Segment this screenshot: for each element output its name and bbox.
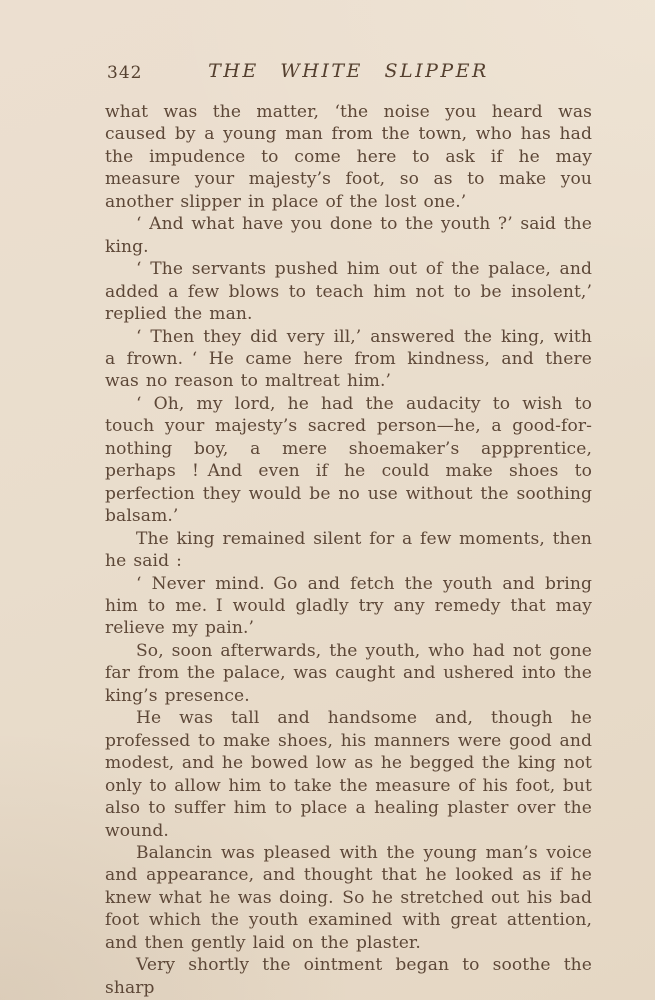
page-body: what was the matter, ‘the noise you hear…	[105, 101, 592, 999]
page-number: 342	[107, 63, 142, 83]
paragraph: ‘ Never mind. Go and fetch the youth and…	[105, 573, 592, 640]
paragraph: what was the matter, ‘the noise you hear…	[105, 101, 592, 213]
paragraph: The king remained silent for a few momen…	[105, 528, 592, 573]
paragraph: Very shortly the ointment began to sooth…	[105, 954, 592, 999]
paragraph: ‘ Then they did very ill,’ answered the …	[105, 326, 592, 393]
paragraph: ‘ Oh, my lord, he had the audacity to wi…	[105, 393, 592, 528]
running-title: THE WHITE SLIPPER	[105, 60, 592, 82]
paragraph: He was tall and handsome and, though he …	[105, 707, 592, 842]
paragraph: ‘ And what have you done to the youth ?’…	[105, 213, 592, 258]
page-header: 342 THE WHITE SLIPPER	[105, 60, 592, 88]
paragraph: Balancin was pleased with the young man’…	[105, 842, 592, 954]
paragraph: ‘ The servants pushed him out of the pal…	[105, 258, 592, 325]
paragraph: So, soon afterwards, the youth, who had …	[105, 640, 592, 707]
